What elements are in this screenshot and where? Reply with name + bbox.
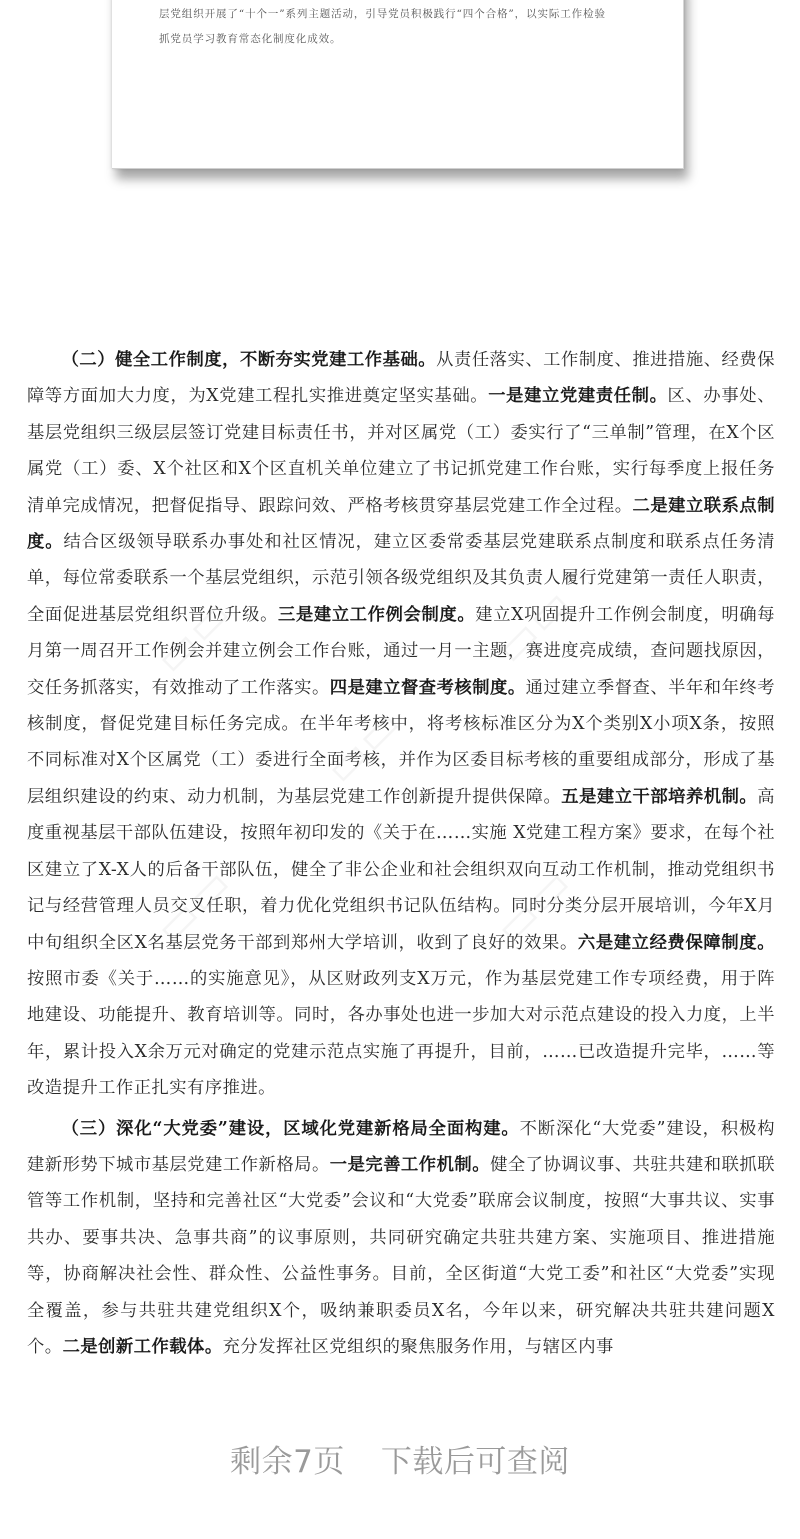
subheading: 六是建立经费保障制度。 [578,933,775,953]
previous-page-text: 层党组织开展了“十个一”系列主题活动，引导党员积极践行“四个合格”，以实际工作检… [159,2,659,52]
paragraph-text: 健全了协调议事、共驻共建和联抓联管等工作机制，坚持和完善社区“大党委”会议和“大… [27,1155,775,1357]
subheading: 五是建立干部培养机制。 [561,787,757,807]
paragraph-section-2: （二）健全工作制度，不断夯实党建工作基础。从责任落实、工作制度、推进措施、经费保… [27,342,775,1107]
subheading: 一是完善工作机制。 [330,1155,490,1175]
document-body: （二）健全工作制度，不断夯实党建工作基础。从责任落实、工作制度、推进措施、经费保… [27,342,775,1365]
section-heading: （三）深化“大党委”建设，区域化党建新格局全面构建。 [62,1119,520,1139]
previous-page-card: 层党组织开展了“十个一”系列主题活动，引导党员积极践行“四个合格”，以实际工作检… [112,0,684,169]
paragraph-section-3: （三）深化“大党委”建设，区域化党建新格局全面构建。不断深化“大党委”建设，积极… [27,1111,775,1366]
paragraph-text: 高度重视基层干部队伍建设，按照年初印发的《关于在……实施 X党建工程方案》要求，… [27,787,775,953]
subheading: 三是建立工作例会制度。 [278,605,475,625]
download-to-read-more-button[interactable]: 剩余7页下载后可查阅 [0,1436,800,1481]
previous-page-line: 层党组织开展了“十个一”系列主题活动，引导党员积极践行“四个合格”，以实际工作检… [159,2,659,27]
previous-page-line: 抓党员学习教育常态化制度化成效。 [159,27,659,52]
download-hint-label: 下载后可查阅 [381,1444,570,1480]
paragraph-text: 充分发挥社区党组织的聚焦服务作用，与辖区内事 [223,1337,614,1357]
subheading: 四是建立督查考核制度。 [330,678,526,698]
subheading: 二是创新工作载体。 [63,1337,223,1357]
section-heading: （二）健全工作制度，不断夯实党建工作基础。 [62,350,437,370]
subheading: 一是建立党建责任制。 [488,386,667,406]
paragraph-text: 按照市委《关于……的实施意见》，从区财政列支X万元，作为基层党建工作专项经费，用… [27,969,775,1098]
remaining-pages-label: 剩余7页 [230,1444,345,1480]
